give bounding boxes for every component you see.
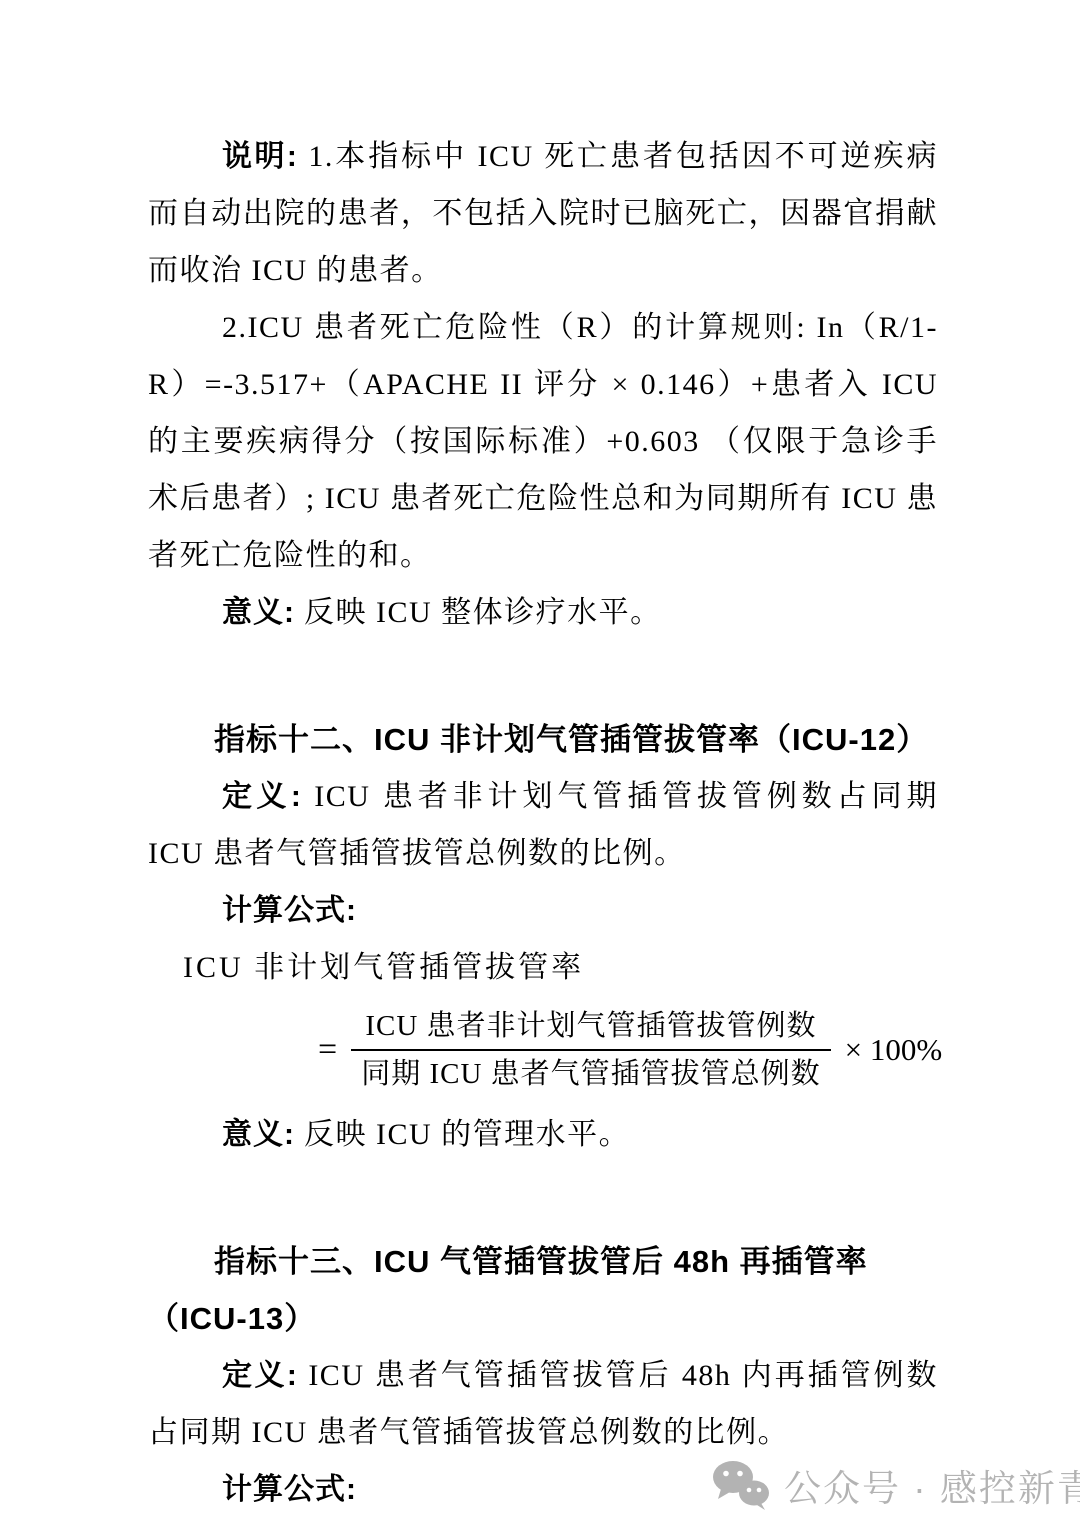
significance-12-text: 反映 ICU 的管理水平。 <box>295 1118 630 1151</box>
explanation-label: 说明: <box>222 140 298 173</box>
paragraph-significance-1: 意义: 反映 ICU 整体诊疗水平。 <box>148 584 938 641</box>
heading-indicator-13: 指标十三、ICU 气管插管拔管后 48h 再插管率（ICU-13） <box>148 1233 938 1347</box>
watermark: 公众号 · 感控新青年 <box>712 1458 1080 1512</box>
document-content: 说明: 1.本指标中 ICU 死亡患者包括因不可逆疾病而自动出院的患者，不包括入… <box>148 128 938 1518</box>
definition-12-label: 定义: <box>222 780 302 813</box>
significance-1-text: 反映 ICU 整体诊疗水平。 <box>295 596 662 629</box>
formula-numerator: ICU 患者非计划气管插管拔管例数 <box>351 1006 830 1051</box>
paragraph-significance-12: 意义: 反映 ICU 的管理水平。 <box>148 1106 938 1163</box>
heading-indicator-12: 指标十二、ICU 非计划气管插管拔管率（ICU-12） <box>148 711 938 768</box>
formula-icu12: = ICU 患者非计划气管插管拔管例数 同期 ICU 患者气管插管拔管总例数 ×… <box>318 1006 938 1094</box>
formula-equals-sign: = <box>318 1031 337 1069</box>
formula-label-12: 计算公式: <box>222 894 357 927</box>
paragraph-explanation-2: 2.ICU 患者死亡危险性（R）的计算规则: In（R/1-R）=-3.517+… <box>148 299 938 584</box>
paragraph-explanation-1: 说明: 1.本指标中 ICU 死亡患者包括因不可逆疾病而自动出院的患者，不包括入… <box>148 128 938 299</box>
document-page: 说明: 1.本指标中 ICU 死亡患者包括因不可逆疾病而自动出院的患者，不包括入… <box>0 0 1080 1527</box>
explanation-item2-text: 2.ICU 患者死亡危险性（R）的计算规则: In（R/1-R）=-3.517+… <box>148 311 938 572</box>
formula-multiplier: × 100% <box>845 1032 943 1068</box>
paragraph-definition-13: 定义: ICU 患者气管插管拔管后 48h 内再插管例数占同期 ICU 患者气管… <box>148 1347 938 1461</box>
formula-fraction: ICU 患者非计划气管插管拔管例数 同期 ICU 患者气管插管拔管总例数 <box>347 1006 834 1094</box>
watermark-text: 公众号 · 感控新青年 <box>784 1458 1080 1512</box>
significance-1-label: 意义: <box>222 596 295 629</box>
formula-label-13: 计算公式: <box>222 1473 357 1506</box>
wechat-icon <box>712 1460 770 1510</box>
paragraph-definition-12: 定义: ICU 患者非计划气管插管拔管例数占同期 ICU 患者气管插管拔管总例数… <box>148 768 938 882</box>
formula-denominator: 同期 ICU 患者气管插管拔管总例数 <box>347 1051 834 1094</box>
paragraph-formula-label-12: 计算公式: <box>148 882 938 939</box>
significance-12-label: 意义: <box>222 1118 295 1151</box>
definition-13-label: 定义: <box>222 1359 298 1392</box>
formula-name-12: ICU 非计划气管插管拔管率 <box>148 939 938 996</box>
